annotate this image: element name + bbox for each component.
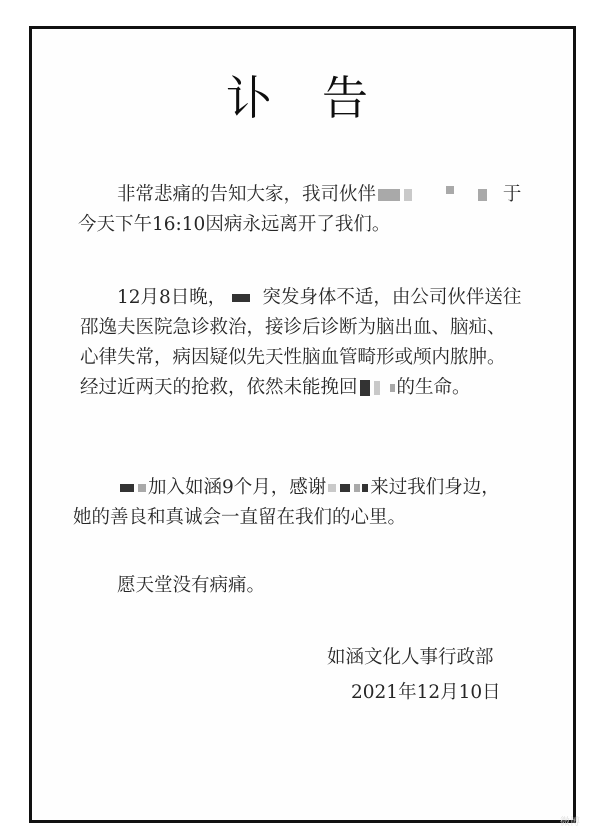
redacted-name [478, 189, 487, 201]
redacted-name [390, 384, 395, 392]
redacted-name [340, 484, 350, 492]
redacted-name [232, 294, 250, 302]
text-segment: 12月8日晚， [117, 287, 226, 308]
text-segment: 于 [503, 184, 522, 205]
signature-department: 如涵文化人事行政部 [327, 643, 494, 669]
text-segment: 来过我们身边， [370, 477, 500, 498]
text-segment: 加入如涵9个月，感谢 [148, 477, 326, 498]
paragraph-line: 她的善良和真诚会一直留在我们的心里。 [73, 503, 540, 533]
paragraph-line: 邵逸夫医院急诊救治，接诊后诊断为脑出血、脑疝、 [80, 313, 540, 343]
paragraph-line: 12月8日晚，突发身体不适，由公司伙伴送往 [80, 283, 540, 313]
redacted-name [328, 484, 336, 492]
text-segment: 突发身体不适，由公司伙伴送往 [262, 287, 521, 308]
paragraph-line: 愿天堂没有病痛。 [80, 571, 540, 601]
redacted-name [404, 189, 412, 201]
redacted-name [374, 381, 380, 395]
document-title: 讣告 [0, 62, 600, 128]
paragraph-line: 经过近两天的抢救，依然未能挽回的生命。 [80, 373, 540, 403]
redacted-name [360, 380, 370, 396]
text-segment: 的生命。 [397, 377, 471, 398]
redacted-name [138, 484, 146, 492]
paragraph-details: 12月8日晚，突发身体不适，由公司伙伴送往 邵逸夫医院急诊救治，接诊后诊断为脑出… [80, 283, 540, 403]
redacted-name [354, 484, 360, 492]
paragraph-line: 非常悲痛的告知大家，我司伙伴 于 [80, 180, 540, 210]
watermark: 微博 [560, 813, 580, 828]
redacted-name [446, 186, 454, 194]
paragraph-announcement: 非常悲痛的告知大家，我司伙伴 于 今天下午16:10因病永远离开了我们。 [80, 180, 540, 240]
paragraph-farewell: 愿天堂没有病痛。 [80, 571, 540, 601]
paragraph-memorial: 加入如涵9个月，感谢来过我们身边， 她的善良和真诚会一直留在我们的心里。 [80, 473, 540, 533]
signature-date: 2021年12月10日 [351, 678, 501, 704]
redacted-name [378, 189, 400, 201]
paragraph-line: 今天下午16:10因病永远离开了我们。 [78, 210, 540, 240]
paragraph-line: 心律失常，病因疑似先天性脑血管畸形或颅内脓肿。 [80, 343, 540, 373]
text-segment: 经过近两天的抢救，依然未能挽回 [80, 377, 358, 398]
redacted-name [120, 484, 134, 492]
text-segment: 非常悲痛的告知大家，我司伙伴 [117, 184, 376, 205]
redacted-name [362, 484, 368, 492]
paragraph-line: 加入如涵9个月，感谢来过我们身边， [80, 473, 540, 503]
